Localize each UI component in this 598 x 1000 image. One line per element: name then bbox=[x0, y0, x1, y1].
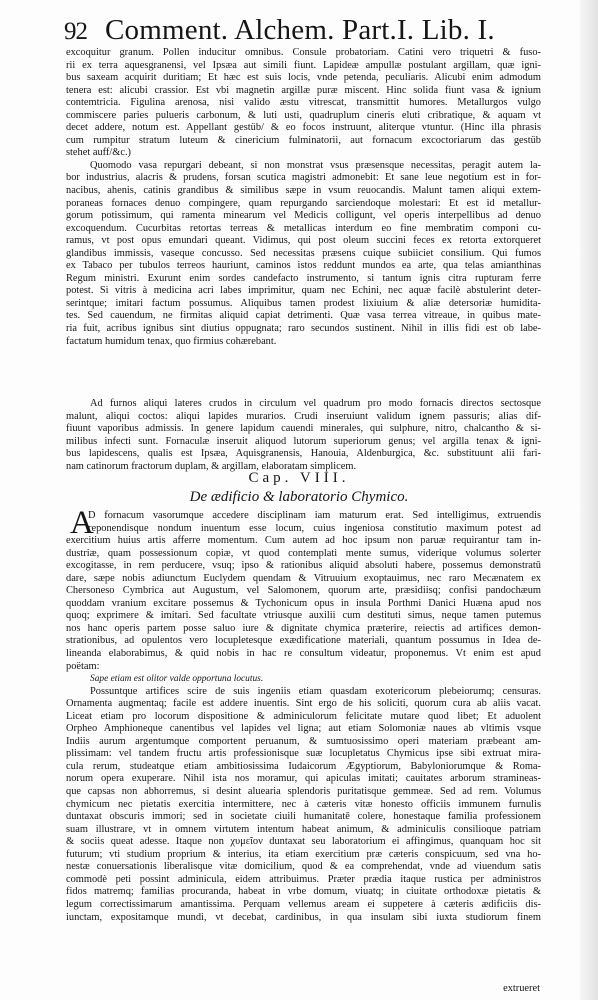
paragraph-block-2: Ad furnos aliqui lateres crudos in circu… bbox=[66, 398, 541, 473]
chapter-subtitle: De ædificio & laboratorio Chymico. bbox=[0, 489, 598, 506]
text-line: bor industrius, alacris & prudens, forsa… bbox=[66, 172, 541, 185]
text-line: strationibus, ad opulentos vero locuplet… bbox=[66, 635, 541, 648]
text-line: Chersoneso Cymbrica aut Augustum, vel Sa… bbox=[66, 585, 541, 598]
text-line: Indiis aurum argentumque comportent peru… bbox=[66, 736, 541, 749]
text-line: excoquitur granum. Pollen inducitur omni… bbox=[66, 47, 541, 60]
text-line: iunctam, expositamque mundi, vt decebat,… bbox=[66, 912, 541, 925]
text-line: Possuntque artifices scire de suis ingen… bbox=[66, 686, 541, 699]
text-line: dustriæ, quam possessionum copiæ, vt quo… bbox=[66, 548, 541, 561]
paragraph-block-1: excoquitur granum. Pollen inducitur omni… bbox=[66, 47, 541, 348]
page-header: 92 Comment. Alchem. Part.I. Lib. I. bbox=[64, 14, 544, 44]
text-line: nacibus, ahenis, catinis grandibus & sim… bbox=[66, 185, 541, 198]
text-line: Ad furnos aliqui lateres crudos in circu… bbox=[66, 398, 541, 411]
text-line: duntaxat obscuris immori; sed in societa… bbox=[66, 811, 541, 824]
text-line: quoddam vranium excitare possemus & Tych… bbox=[66, 598, 541, 611]
text-line: que capsas non abhorremus, si desint alu… bbox=[66, 786, 541, 799]
text-line: cula rerum, studeatque etiam ambitiosiss… bbox=[66, 761, 541, 774]
text-line: excogitasse, in rem perducere, vsuq; ips… bbox=[66, 560, 541, 573]
text-line: ex Tabaco per tubulos terreos hauriunt, … bbox=[66, 260, 541, 273]
text-line: Liceat etiam pro locorum dispositione & … bbox=[66, 711, 541, 724]
page-number: 92 bbox=[64, 18, 87, 45]
text-line: fidos matremq; familias procuranda, habe… bbox=[66, 886, 541, 899]
text-line: contemtricia. Figulina arenosa, nisi val… bbox=[66, 97, 541, 110]
text-line: fiuunt vaporibus admissis. In genere lap… bbox=[66, 423, 541, 436]
text-line: excoquendum. Cucurbitas retortas terreas… bbox=[66, 223, 541, 236]
paragraph-block-3: D fornacum vasorumque accedere disciplin… bbox=[66, 510, 541, 924]
text-line: tes. Sed cauendum, ne firmitas aliquid c… bbox=[66, 310, 541, 323]
text-line: ramus, vt post opus emundari queant. Vid… bbox=[66, 235, 541, 248]
text-line: Orpheo Amphioneque canentibus vel lapide… bbox=[66, 723, 541, 736]
text-line: Quomodo vasa repurgari debeant, si non m… bbox=[66, 160, 541, 173]
chapter-heading: Cap. VIII. bbox=[0, 470, 598, 487]
text-line: plissimam: vel tandem fructu artis profe… bbox=[66, 748, 541, 761]
text-line: & sociis queat adesse. Itaque non χυμεῖο… bbox=[66, 836, 541, 849]
text-line: milibus infecti sunt. Fornaculæ inseruit… bbox=[66, 436, 541, 449]
text-line: nos hanc operis partem posse saluo iure … bbox=[66, 623, 541, 636]
text-line: serintque; imitari factum possumus. Aliq… bbox=[66, 298, 541, 311]
text-line: stehet auff/&c.) bbox=[66, 147, 541, 160]
text-line: legum correctissimarum amantissima. Perq… bbox=[66, 899, 541, 912]
text-line: rii ex terra aquesgranensi, vel Ipsæa au… bbox=[66, 60, 541, 73]
text-line: glandibus immissis, vaseque concusso. Se… bbox=[66, 248, 541, 261]
text-line: Regum ministri. Exurunt enim sordes cand… bbox=[66, 273, 541, 286]
text-line: Ornamenta augmentaq; facile est addere i… bbox=[66, 698, 541, 711]
text-line: chymicum nec pietatis exercitia intermit… bbox=[66, 799, 541, 812]
text-line: exercitium huius artis afferre momentum.… bbox=[66, 535, 541, 548]
text-line: quoq; exprimere & imitari. Sed facultate… bbox=[66, 610, 541, 623]
text-line: suam illustrare, vt in omnem virtutem in… bbox=[66, 824, 541, 837]
text-line: norum opera exuperare. Nihil ista nos mo… bbox=[66, 773, 541, 786]
book-page: 92 Comment. Alchem. Part.I. Lib. I. exco… bbox=[0, 0, 598, 1000]
text-line: commodè peti possint adminicula, eidem a… bbox=[66, 874, 541, 887]
text-line: commiscere paries pulueris carbonum, & l… bbox=[66, 110, 541, 123]
text-line: nestæ conuersationis liberalisque vitæ d… bbox=[66, 861, 541, 874]
text-line: malunt, aliqui coctos: aliqui lapides mu… bbox=[66, 411, 541, 424]
catchword: extrueret bbox=[503, 983, 540, 994]
text-line: bus saxeam acquirit duritiam; Et hæc est… bbox=[66, 72, 541, 85]
text-line: futurum; vti studium proprium & interius… bbox=[66, 849, 541, 862]
text-line: cum rumpitur stratum luteum & cinericium… bbox=[66, 135, 541, 148]
text-line: D fornacum vasorumque accedere disciplin… bbox=[66, 510, 541, 523]
verse-quote: Sape etiam est olitor valde opportuna lo… bbox=[66, 673, 541, 686]
text-line: lineanda elaborabimus, & quid nobis in h… bbox=[66, 648, 541, 661]
text-line: dare, sæpe nobis adiunctum Euclydem quen… bbox=[66, 573, 541, 586]
text-line: bus lapidescens, qualis est Ipsæa, Aquis… bbox=[66, 448, 541, 461]
text-line: factatum humidum tenax, quo firmius cohæ… bbox=[66, 336, 541, 349]
text-line: gorum potissimum, qui ramenta minearum v… bbox=[66, 210, 541, 223]
text-line: reponendisque nondum inuentum esse locum… bbox=[66, 523, 541, 536]
running-title: Comment. Alchem. Part.I. Lib. I. bbox=[105, 14, 495, 46]
text-line: potest. Si vitris à medicina acri labes … bbox=[66, 285, 541, 298]
text-line: tenera est: alicubi crassior. Est vbi ma… bbox=[66, 85, 541, 98]
text-line: poraneas fornaces denuo compingere, quam… bbox=[66, 198, 541, 211]
text-line: ria fuit, acribus ignibus sint diutius o… bbox=[66, 323, 541, 336]
text-line: decet addere, notum est. Appellant gestü… bbox=[66, 122, 541, 135]
text-line: poëtam: bbox=[66, 661, 541, 674]
